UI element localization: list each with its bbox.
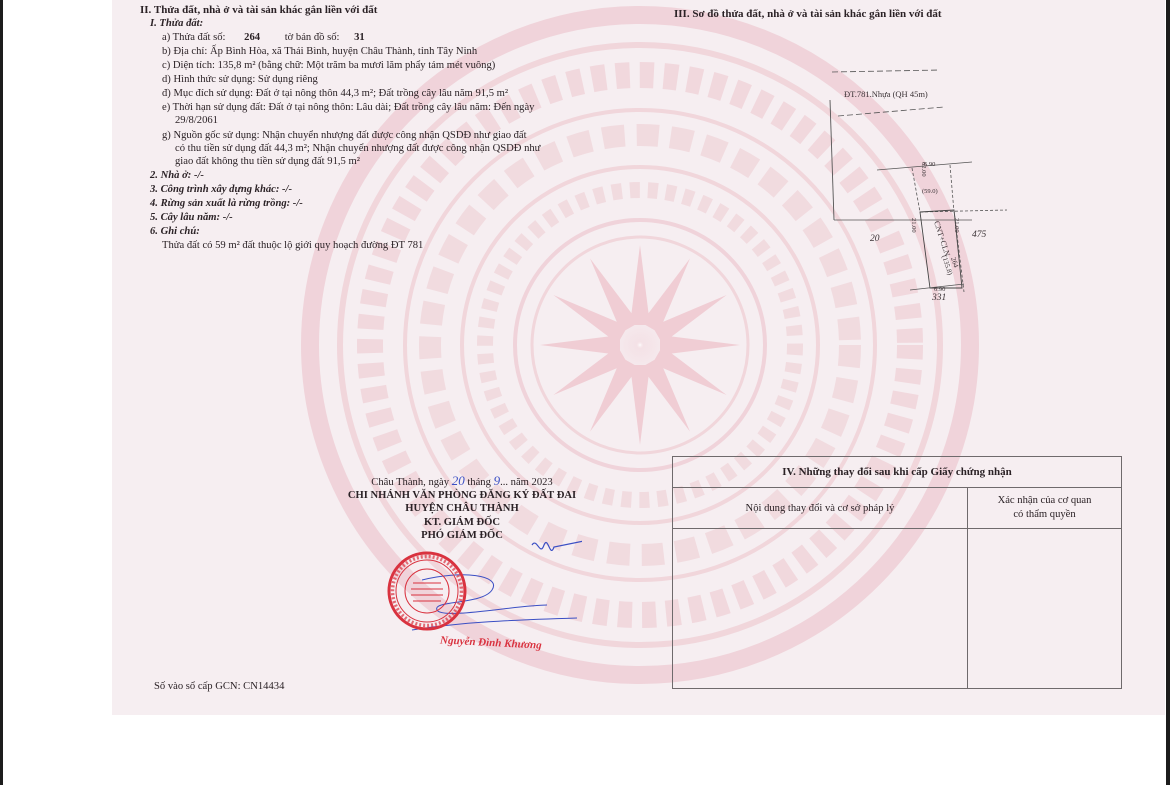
month-label: tháng [467,477,491,488]
address-line: b) Địa chỉ: Ấp Bình Hòa, xã Thái Bình, h… [162,45,477,59]
plot-code-label: CNT+CLN [932,220,952,258]
origin-line-1: g) Nguồn gốc sử dụng: Nhận chuyển nhượng… [162,129,527,143]
road-area-label: (59.0) [922,188,938,195]
origin-line-2: có thu tiền sử dụng đất 44,3 m²; Nhận ch… [175,142,540,156]
land-heading: I. Thửa đất: [150,17,203,31]
origin-line-3: giao đất không thu tiền sử dụng đất 91,5… [175,155,360,169]
right-side-label: 21.00 [953,218,960,233]
signature-block: Châu Thành, ngày 20 tháng 9... năm 2023 … [312,474,612,542]
certificate-page: II. Thửa đất, nhà ở và tài sản khác gắn … [112,0,1165,715]
issue-month: 9 [494,473,501,488]
col-authority-line-2: có thẩm quyền [998,508,1092,522]
left-frame-edge [0,0,3,785]
usage-term-line-2: 29/8/2061 [175,114,218,128]
register-label: Số vào sổ cấp GCN: [154,681,241,692]
usage-form-line: d) Hình thức sử dụng: Sử dụng riêng [162,73,318,87]
issue-day: 20 [452,473,465,488]
place-date-prefix: Châu Thành, ngày [371,477,449,488]
other-construction-item: 3. Công trình xây dựng khác: -/- [150,183,292,197]
col-change-content: Nội dung thay đổi và cơ sở pháp lý [673,488,967,528]
road-label: ĐT.781.Nhựa (QH 45m) [844,89,928,99]
perennial-trees-item: 5. Cây lâu năm: -/- [150,211,233,225]
parcel-label: a) Thửa đất số: [162,32,226,43]
register-number-row: Số vào sổ cấp GCN: CN14434 [154,680,284,694]
org-line-1: CHI NHÁNH VĂN PHÒNG ĐĂNG KÝ ĐẤT ĐAI [312,489,612,502]
top-width-label: 6.90 [924,161,935,168]
right-frame-edge [1166,0,1170,785]
changes-table: IV. Những thay đổi sau khi cấp Giấy chứn… [672,456,1122,689]
org-line-2: HUYỆN CHÂU THÀNH [312,502,612,515]
neighbor-east: 475 [972,230,987,240]
map-sheet-number: 31 [354,32,365,43]
notes-text: Thửa đất có 59 m² đất thuộc lộ giới quy … [162,239,423,253]
col-authority-line-1: Xác nhận của cơ quan [998,494,1092,508]
section2-heading: II. Thửa đất, nhà ở và tài sản khác gắn … [140,4,377,18]
planted-forest-item: 4. Rừng sản xuất là rừng trồng: -/- [150,197,303,211]
house-item: 2. Nhà ở: -/- [150,169,204,183]
usage-purpose-line: đ) Mục đích sử dụng: Đất ở tại nông thôn… [162,87,508,101]
section4-heading: IV. Những thay đổi sau khi cấp Giấy chứn… [673,457,1121,488]
place-date: Châu Thành, ngày 20 tháng 9... năm 2023 [312,474,612,489]
register-number: CN14434 [243,681,284,692]
neighbor-south: 331 [931,293,946,303]
changes-table-header: Nội dung thay đổi và cơ sở pháp lý Xác n… [673,488,1121,529]
parcel-number-row: a) Thửa đất số: 264 tờ bản đồ số: 31 [162,31,365,45]
notes-heading: 6. Ghi chú: [150,225,200,239]
neighbor-west: 20 [870,234,880,244]
official-seal-icon [385,549,469,633]
left-side-label: 21.00 [910,218,917,233]
parcel-sketch: ĐT.781.Nhựa (QH 45m) 62.00 6.90 (59.0) 2… [672,0,1152,320]
bottom-width-label: 6.90 [934,286,945,293]
issue-year: năm 2023 [511,477,553,488]
map-sheet-label: tờ bản đồ số: [285,32,340,43]
role-line-1: KT. GIÁM ĐỐC [312,516,612,529]
col-authority-confirmation: Xác nhận của cơ quan có thẩm quyền [968,488,1121,528]
column-divider [967,488,968,688]
usage-term-line-1: e) Thời hạn sử dụng đất: Đất ở tại nông … [162,101,534,115]
area-line: c) Diện tích: 135,8 m² (bằng chữ: Một tr… [162,59,495,73]
parcel-number: 264 [244,32,260,43]
